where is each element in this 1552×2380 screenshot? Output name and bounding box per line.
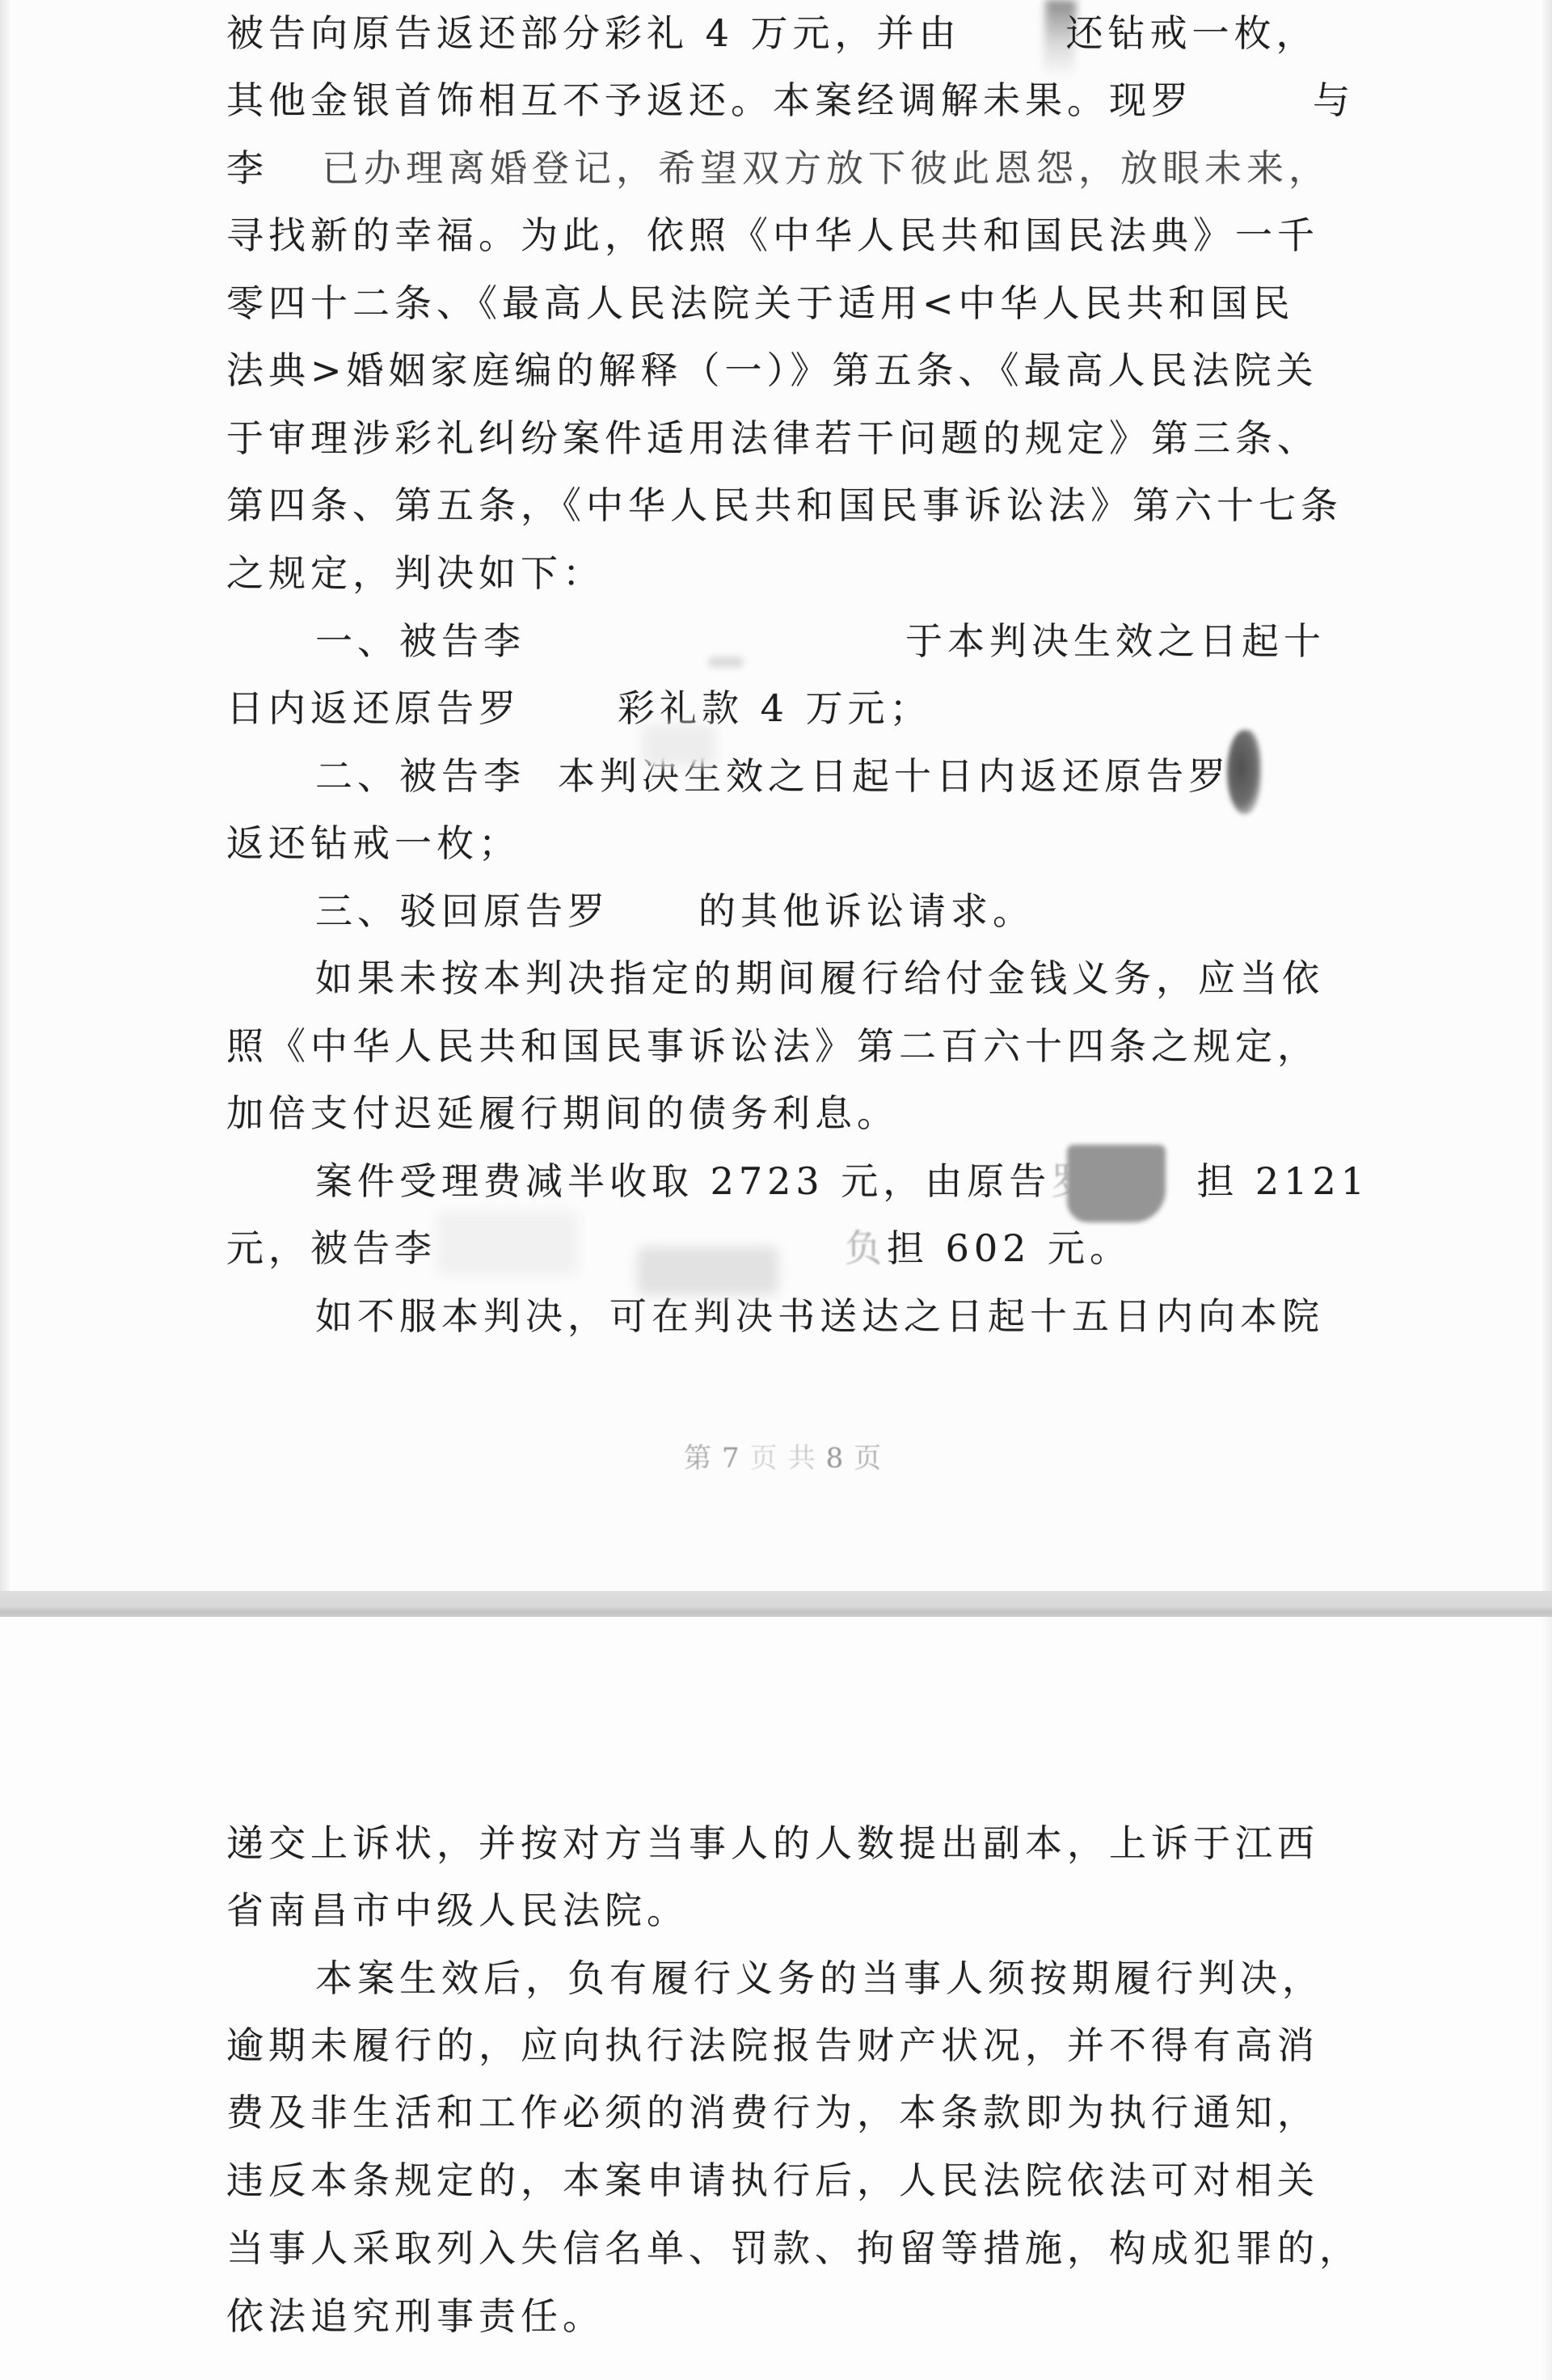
redacted-name-gap (268, 173, 322, 181)
page-edge-shadow (0, 0, 11, 1591)
text-segment: 元，被告李 (226, 1227, 436, 1269)
smudge-mark (637, 1247, 778, 1295)
doc-line: 其他金银首饰相互不予返还。本案经调解未果。现罗与 (226, 79, 1355, 121)
text-segment: 零四十二条、《最高人民法院关于适用<中华人民共和国民 (226, 282, 1295, 324)
text-segment: 当事人采取列入失信名单、罚款、拘留等措施，构成犯罪的， (226, 2227, 1361, 2269)
doc-line: 如不服本判决，可在判决书送达之日起十五日内向本院 (315, 1295, 1324, 1337)
doc-line: 本案生效后，负有履行义务的当事人须按期履行判决， (315, 1957, 1324, 1999)
text-segment: 照《中华人民共和国民事诉讼法》第二百六十四条之规定， (226, 1025, 1319, 1067)
doc-line: 寻找新的幸福。为此，依照《中华人民共和国民法典》一千 (226, 214, 1319, 256)
doc-line-judgment-item-2: 二、被告李本判决生效之日起十日内返还原告罗 (315, 755, 1230, 797)
text-segment: 于审理涉彩礼纠纷案件适用法律若干问题的规定》第三条、 (226, 417, 1319, 459)
doc-line: 当事人采取列入失信名单、罚款、拘留等措施，构成犯罪的， (226, 2227, 1361, 2269)
text-segment: 第四条、第五条，《中华人民共和国民事诉讼法》第六十七条 (226, 484, 1343, 526)
doc-line: 违反本条规定的，本案申请执行后，人民法院依法可对相关 (226, 2159, 1319, 2201)
text-segment: 被告向原告返还部分彩礼 4 万元，并由 (226, 12, 961, 54)
smudge-mark (643, 724, 715, 766)
text-segment: 依法追究刑事责任。 (226, 2295, 605, 2337)
text-segment: 法典>婚姻家庭编的解释（一）》第五条、《最高人民法院关 (226, 349, 1318, 391)
doc-line: 返还钻戒一枚； (226, 822, 521, 864)
doc-line: 省南昌市中级人民法院。 (226, 1889, 689, 1931)
doc-line: 依法追究刑事责任。 (226, 2295, 605, 2337)
text-segment: 省南昌市中级人民法院。 (226, 1889, 689, 1931)
text-segment: 担 2121 (1196, 1160, 1369, 1202)
text-segment: 的其他诉讼请求。 (698, 890, 1035, 932)
text-segment: 其他金银首饰相互不予返还。本案经调解未果。现罗 (226, 79, 1193, 121)
text-segment: 之规定，判决如下： (226, 552, 605, 594)
text-segment: 加倍支付迟延履行期间的债务利息。 (226, 1092, 899, 1134)
text-segment: 如不服本判决，可在判决书送达之日起十五日内向本院 (315, 1295, 1324, 1337)
text-segment: 本案生效后，负有履行义务的当事人须按期履行判决， (315, 1957, 1324, 1999)
text-segment: 费及非生活和工作必须的消费行为，本条款即为执行通知， (226, 2091, 1319, 2133)
doc-line: 被告向原告返还部分彩礼 4 万元，并由还钻戒一枚， (226, 12, 1318, 54)
page-2: 递交上诉状，并按对方当事人的人数提出副本，上诉于江西 省南昌市中级人民法院。 本… (0, 1617, 1552, 2380)
text-segment: 逾期未履行的，应向执行法院报告财产状况，并不得有高消 (226, 2024, 1319, 2066)
page-edge-shadow (1541, 1617, 1552, 2380)
text-segment: 日内返还原告罗 (226, 687, 521, 729)
doc-line: 李已办理离婚登记，希望双方放下彼此恩怨，放眼未来， (226, 147, 1331, 189)
doc-line: 日内返还原告罗彩礼款 4 万元； (226, 687, 932, 729)
page-edge-shadow (1541, 0, 1552, 1591)
doc-line: 零四十二条、《最高人民法院关于适用<中华人民共和国民 (226, 282, 1295, 324)
footer-char: 8 (826, 1442, 848, 1475)
doc-line: 费及非生活和工作必须的消费行为，本条款即为执行通知， (226, 2091, 1319, 2133)
text-segment: 彩礼款 4 万元； (618, 687, 932, 729)
text-segment: 担 602 元。 (887, 1227, 1132, 1269)
text-segment: 二、被告李 (315, 755, 525, 797)
footer-char: 页 (854, 1436, 885, 1475)
text-segment: 递交上诉状，并按对方当事人的人数提出副本，上诉于江西 (226, 1822, 1319, 1864)
footer-char: 页 (750, 1436, 782, 1475)
text-segment: 三、驳回原告罗 (315, 890, 609, 932)
text-segment: 李 (226, 147, 268, 189)
footer-page-number: 第7页共8页 (684, 1436, 892, 1475)
doc-line: 照《中华人民共和国民事诉讼法》第二百六十四条之规定， (226, 1025, 1319, 1067)
footer-char: 共 (788, 1436, 820, 1475)
text-segment: 与 (1313, 79, 1355, 121)
doc-line: 法典>婚姻家庭编的解释（一）》第五条、《最高人民法院关 (226, 349, 1318, 391)
footer-char: 第 (684, 1436, 715, 1475)
doc-line: 如果未按本判决指定的期间履行给付金钱义务，应当依 (315, 957, 1324, 999)
text-segment: 还钻戒一枚， (1066, 12, 1318, 54)
redacted-name-gap (521, 713, 618, 721)
redaction-block (1067, 1145, 1166, 1222)
page-divider (0, 1591, 1552, 1617)
doc-line: 递交上诉状，并按对方当事人的人数提出副本，上诉于江西 (226, 1822, 1319, 1864)
judgment-photo: 被告向原告返还部分彩礼 4 万元，并由还钻戒一枚， 其他金银首饰相互不予返还。本… (0, 0, 1552, 2380)
partially-redacted-char: 负 (845, 1227, 887, 1269)
doc-line: 加倍支付迟延履行期间的债务利息。 (226, 1092, 899, 1134)
redaction-blob (1227, 730, 1261, 814)
page-1: 被告向原告返还部分彩礼 4 万元，并由还钻戒一枚， 其他金银首饰相互不予返还。本… (0, 0, 1552, 1591)
text-segment: 一、被告李 (315, 620, 525, 662)
redacted-name-gap (609, 916, 698, 924)
redacted-name-gap (1193, 105, 1313, 113)
doc-line-court-fee: 案件受理费减半收取 2723 元，由原告罗担 2121 (315, 1160, 1369, 1202)
redacted-name-gap (525, 646, 905, 654)
text-segment: 如果未按本判决指定的期间履行给付金钱义务，应当依 (315, 957, 1324, 999)
redacted-name-gap (525, 781, 558, 789)
doc-line: 逾期未履行的，应向执行法院报告财产状况，并不得有高消 (226, 2024, 1319, 2066)
text-segment: 寻找新的幸福。为此，依照《中华人民共和国民法典》一千 (226, 214, 1319, 256)
doc-line: 于审理涉彩礼纠纷案件适用法律若干问题的规定》第三条、 (226, 417, 1319, 459)
text-segment: 案件受理费减半收取 2723 元，由原告 (315, 1160, 1051, 1202)
text-segment: 于本判决生效之日起十 (905, 620, 1326, 662)
smudge-mark (436, 1211, 578, 1276)
doc-line: 第四条、第五条，《中华人民共和国民事诉讼法》第六十七条 (226, 484, 1343, 526)
doc-line-judgment-item-3: 三、驳回原告罗的其他诉讼请求。 (315, 890, 1035, 932)
text-segment: 违反本条规定的，本案申请执行后，人民法院依法可对相关 (226, 2159, 1319, 2201)
text-segment: 已办理离婚登记，希望双方放下彼此恩怨，放眼未来， (322, 147, 1331, 189)
doc-line: 之规定，判决如下： (226, 552, 605, 594)
text-segment: 返还钻戒一枚； (226, 822, 521, 864)
footer-char: 7 (722, 1442, 744, 1475)
doc-line-judgment-item-1: 一、被告李于本判决生效之日起十 (315, 620, 1326, 662)
smudge-mark (708, 656, 744, 668)
redacted-name-gap (961, 38, 1066, 46)
